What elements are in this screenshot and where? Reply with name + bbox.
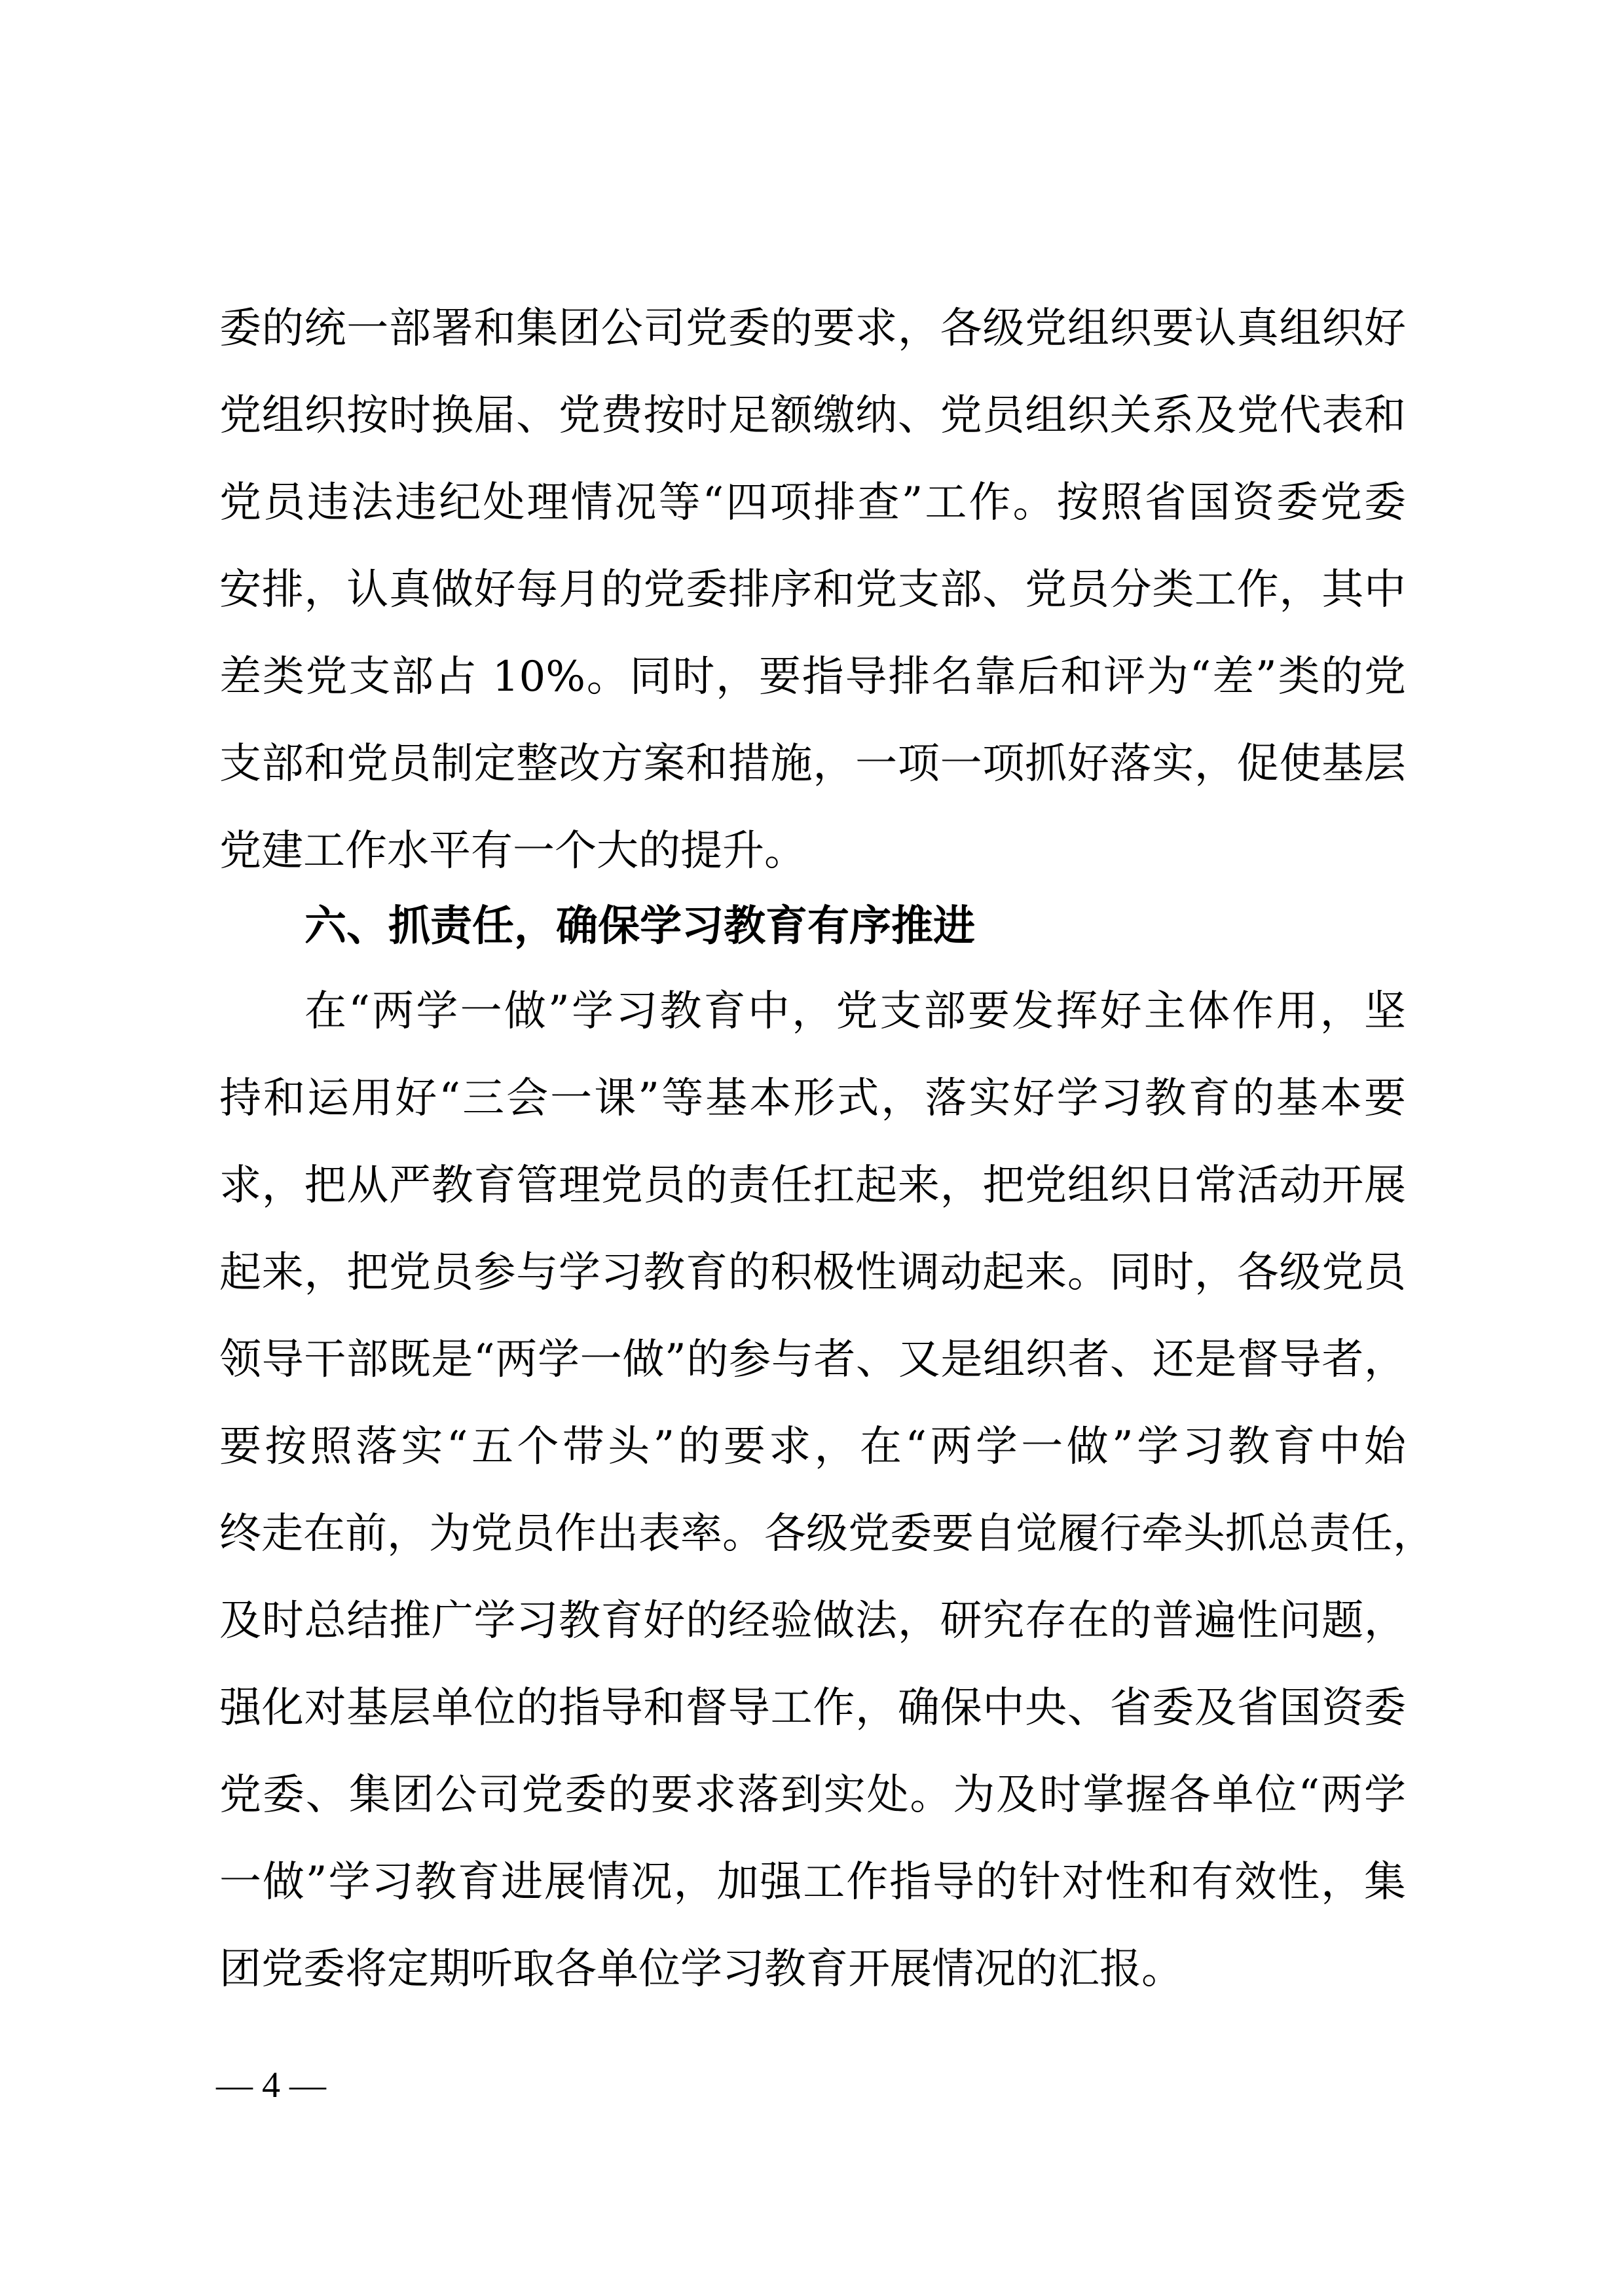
text-line: 终走在前，为党员作出表率。各级党委要自觉履行牵头抓总责任， xyxy=(219,1508,1406,1560)
text-line: 党委、集团公司党委的要求落到实处。为及时掌握各单位“两学 xyxy=(219,1769,1406,1821)
document-page: 委的统一部署和集团公司党委的要求，各级党组织要认真组织好 党组织按时换届、党费按… xyxy=(0,0,1624,2296)
text-line: 党建工作水平有一个大的提升。 xyxy=(219,825,1406,877)
text-line: 委的统一部署和集团公司党委的要求，各级党组织要认真组织好 xyxy=(219,302,1406,355)
text-line: 求，把从严教育管理党员的责任扛起来，把党组织日常活动开展 xyxy=(219,1159,1406,1212)
text-line: 领导干部既是“两学一做”的参与者、又是组织者、还是督导者， xyxy=(219,1334,1406,1386)
text-line: 党员违法违纪处理情况等“四项排查”工作。按照省国资委党委 xyxy=(219,477,1406,529)
text-line: 一做”学习教育进展情况，加强工作指导的针对性和有效性，集 xyxy=(219,1856,1406,1908)
page-number: — 4 — xyxy=(216,2062,326,2108)
text-line: 及时总结推广学习教育好的经验做法，研究存在的普遍性问题， xyxy=(219,1595,1406,1647)
text-line: 在“两学一做”学习教育中，党支部要发挥好主体作用，坚 xyxy=(304,985,1406,1038)
text-line: 要按照落实“五个带头”的要求，在“两学一做”学习教育中始 xyxy=(219,1421,1406,1473)
text-line: 党组织按时换届、党费按时足额缴纳、党员组织关系及党代表和 xyxy=(219,390,1406,442)
text-line: 持和运用好“三会一课”等基本形式，落实好学习教育的基本要 xyxy=(219,1072,1406,1125)
section-heading: 六、抓责任，确保学习教育有序推进 xyxy=(304,900,975,953)
text-line: 团党委将定期听取各单位学习教育开展情况的汇报。 xyxy=(219,1943,1406,1995)
text-line: 安排，认真做好每月的党委排序和党支部、党员分类工作，其中 xyxy=(219,564,1406,616)
text-line: 强化对基层单位的指导和督导工作，确保中央、省委及省国资委 xyxy=(219,1682,1406,1734)
text-line: 起来，把党员参与学习教育的积极性调动起来。同时，各级党员 xyxy=(219,1247,1406,1299)
text-line: 支部和党员制定整改方案和措施，一项一项抓好落实，促使基层 xyxy=(219,738,1406,790)
text-line: 差类党支部占 10%。同时，要指导排名靠后和评为“差”类的党 xyxy=(219,651,1406,703)
